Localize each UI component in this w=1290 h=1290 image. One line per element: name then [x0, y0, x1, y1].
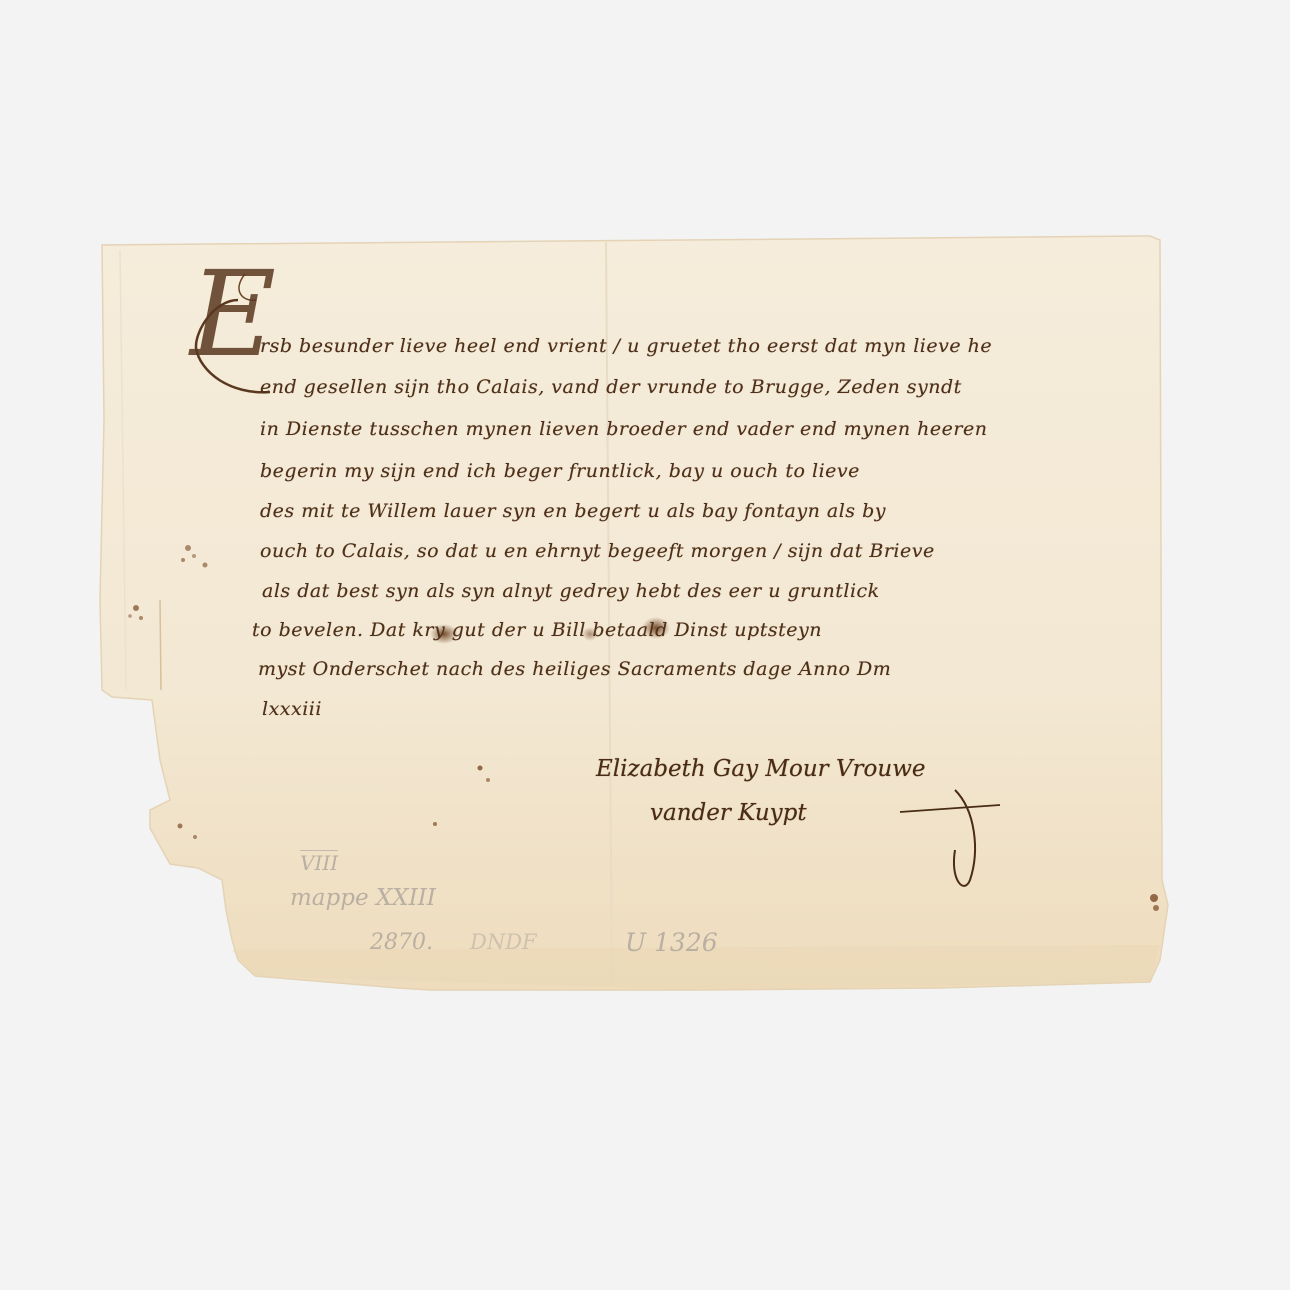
pencil-number-1: 2870.	[370, 930, 433, 955]
body-line-1: rsb besunder lieve heel end vrient / u g…	[260, 335, 992, 357]
paper-sheet	[0, 0, 1290, 1290]
pencil-roman-numeral: VIII	[300, 850, 338, 875]
body-line-4: begerin my sijn end ich beger fruntlick,…	[260, 460, 860, 482]
manuscript-letter: E rsb besunder lieve heel end vrient / u…	[0, 0, 1290, 1290]
body-line-2: end gesellen sijn tho Calais, vand der v…	[260, 376, 962, 398]
body-line-9: myst Onderschet nach des heiliges Sacram…	[258, 658, 891, 680]
body-line-7: als dat best syn als syn alnyt gedrey he…	[262, 580, 880, 602]
body-line-10: lxxxiii	[262, 698, 322, 720]
signature-line-1: Elizabeth Gay Mour Vrouwe	[596, 756, 926, 782]
body-line-5: des mit te Willem lauer syn en begert u …	[260, 500, 886, 522]
pencil-folder-note: mappe XXIII	[290, 885, 436, 911]
signature-line-2: vander Kuypt	[650, 800, 807, 826]
pencil-inventory-number: U 1326	[625, 928, 718, 957]
body-line-8: to bevelen. Dat kry gut der u Bill betaa…	[252, 619, 822, 641]
body-line-6: ouch to Calais, so dat u en ehrnyt begee…	[260, 540, 935, 562]
body-line-3: in Dienste tusschen mynen lieven broeder…	[260, 418, 987, 440]
pencil-number-1-faded: DNDF	[470, 930, 537, 954]
